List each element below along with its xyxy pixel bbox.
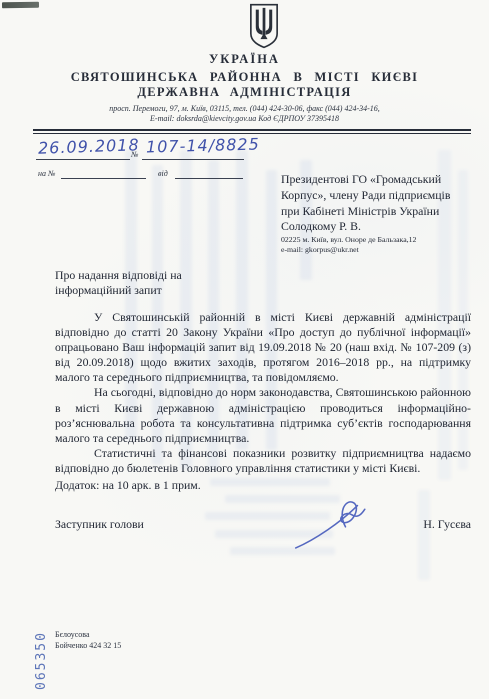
header-divider-rule <box>33 129 471 134</box>
handwritten-signature <box>293 496 385 552</box>
recipient-line: Президентові ГО «Громадський <box>281 172 481 188</box>
date-underline <box>36 159 130 160</box>
attachment-note: Додаток: на 10 арк. в 1 прим. <box>55 478 201 493</box>
signature-row: Заступник голови Н. Гусєва <box>55 517 471 532</box>
subject-line2: інформаційний запит <box>55 283 255 298</box>
recipient-line: Корпус», члену Ради підприємців <box>281 188 481 204</box>
signer-name: Н. Гусєва <box>423 517 471 532</box>
bleed-through-artifact <box>210 478 330 486</box>
recipient-name: Солодкому Р. В. <box>281 219 481 235</box>
executor-phone: Бойченко 424 32 15 <box>55 641 121 652</box>
reply-to-date-underline <box>175 178 243 179</box>
reply-to-date-label: від <box>158 169 168 178</box>
reply-to-number-underline <box>61 178 146 179</box>
body-paragraph-3: Статистичні та фінансові показники розви… <box>55 446 471 476</box>
scan-staple-mark <box>2 2 39 9</box>
handwritten-outgoing-number: 107-14/8825 <box>146 135 260 157</box>
organization-name-line1: СВЯТОШИНСЬКА РАЙОННА В МІСТІ КИЄВІ <box>0 70 489 85</box>
scanned-letter-page: УКРАЇНА СВЯТОШИНСЬКА РАЙОННА В МІСТІ КИЄ… <box>0 0 489 699</box>
subject-line1: Про надання відповіді на <box>55 268 255 283</box>
signer-title: Заступник голови <box>55 517 144 532</box>
number-sign-label: № <box>131 150 139 159</box>
reply-to-number-label: на № <box>38 169 56 178</box>
recipient-email: e-mail: gkorpus@ukr.net <box>281 245 481 255</box>
organization-name-line2: ДЕРЖАВНА АДМІНІСТРАЦІЯ <box>0 85 489 100</box>
country-title: УКРАЇНА <box>0 52 489 67</box>
letter-body: У Святошинській районній в місті Києві д… <box>55 310 471 476</box>
handwritten-date: 26.09.2018 <box>38 135 140 158</box>
bleed-through-artifact <box>418 490 430 580</box>
recipient-address: 02225 м. Київ, вул. Оноре де Бальзака,12 <box>281 235 481 245</box>
executor-name: Бєлоусова <box>55 630 121 641</box>
ukraine-trident-emblem-icon <box>247 3 281 49</box>
number-underline <box>142 159 244 160</box>
body-paragraph-1: У Святошинській районній в місті Києві д… <box>55 310 471 385</box>
subject-block: Про надання відповіді на інформаційний з… <box>55 268 255 297</box>
registration-stamp-number: 065350 <box>34 631 49 690</box>
recipient-line: при Кабінеті Міністрів України <box>281 204 481 220</box>
org-contact-line: E-mail: doksrda@kievcity.gov.ua Код ЄДРП… <box>0 114 489 123</box>
body-paragraph-2: На сьогодні, відповідно до норм законода… <box>55 385 471 445</box>
recipient-block: Президентові ГО «Громадський Корпус», чл… <box>281 172 481 255</box>
executor-contacts: Бєлоусова Бойченко 424 32 15 <box>55 630 121 651</box>
org-address-line: просп. Перемоги, 97, м. Київ, 03115, тел… <box>0 104 489 113</box>
